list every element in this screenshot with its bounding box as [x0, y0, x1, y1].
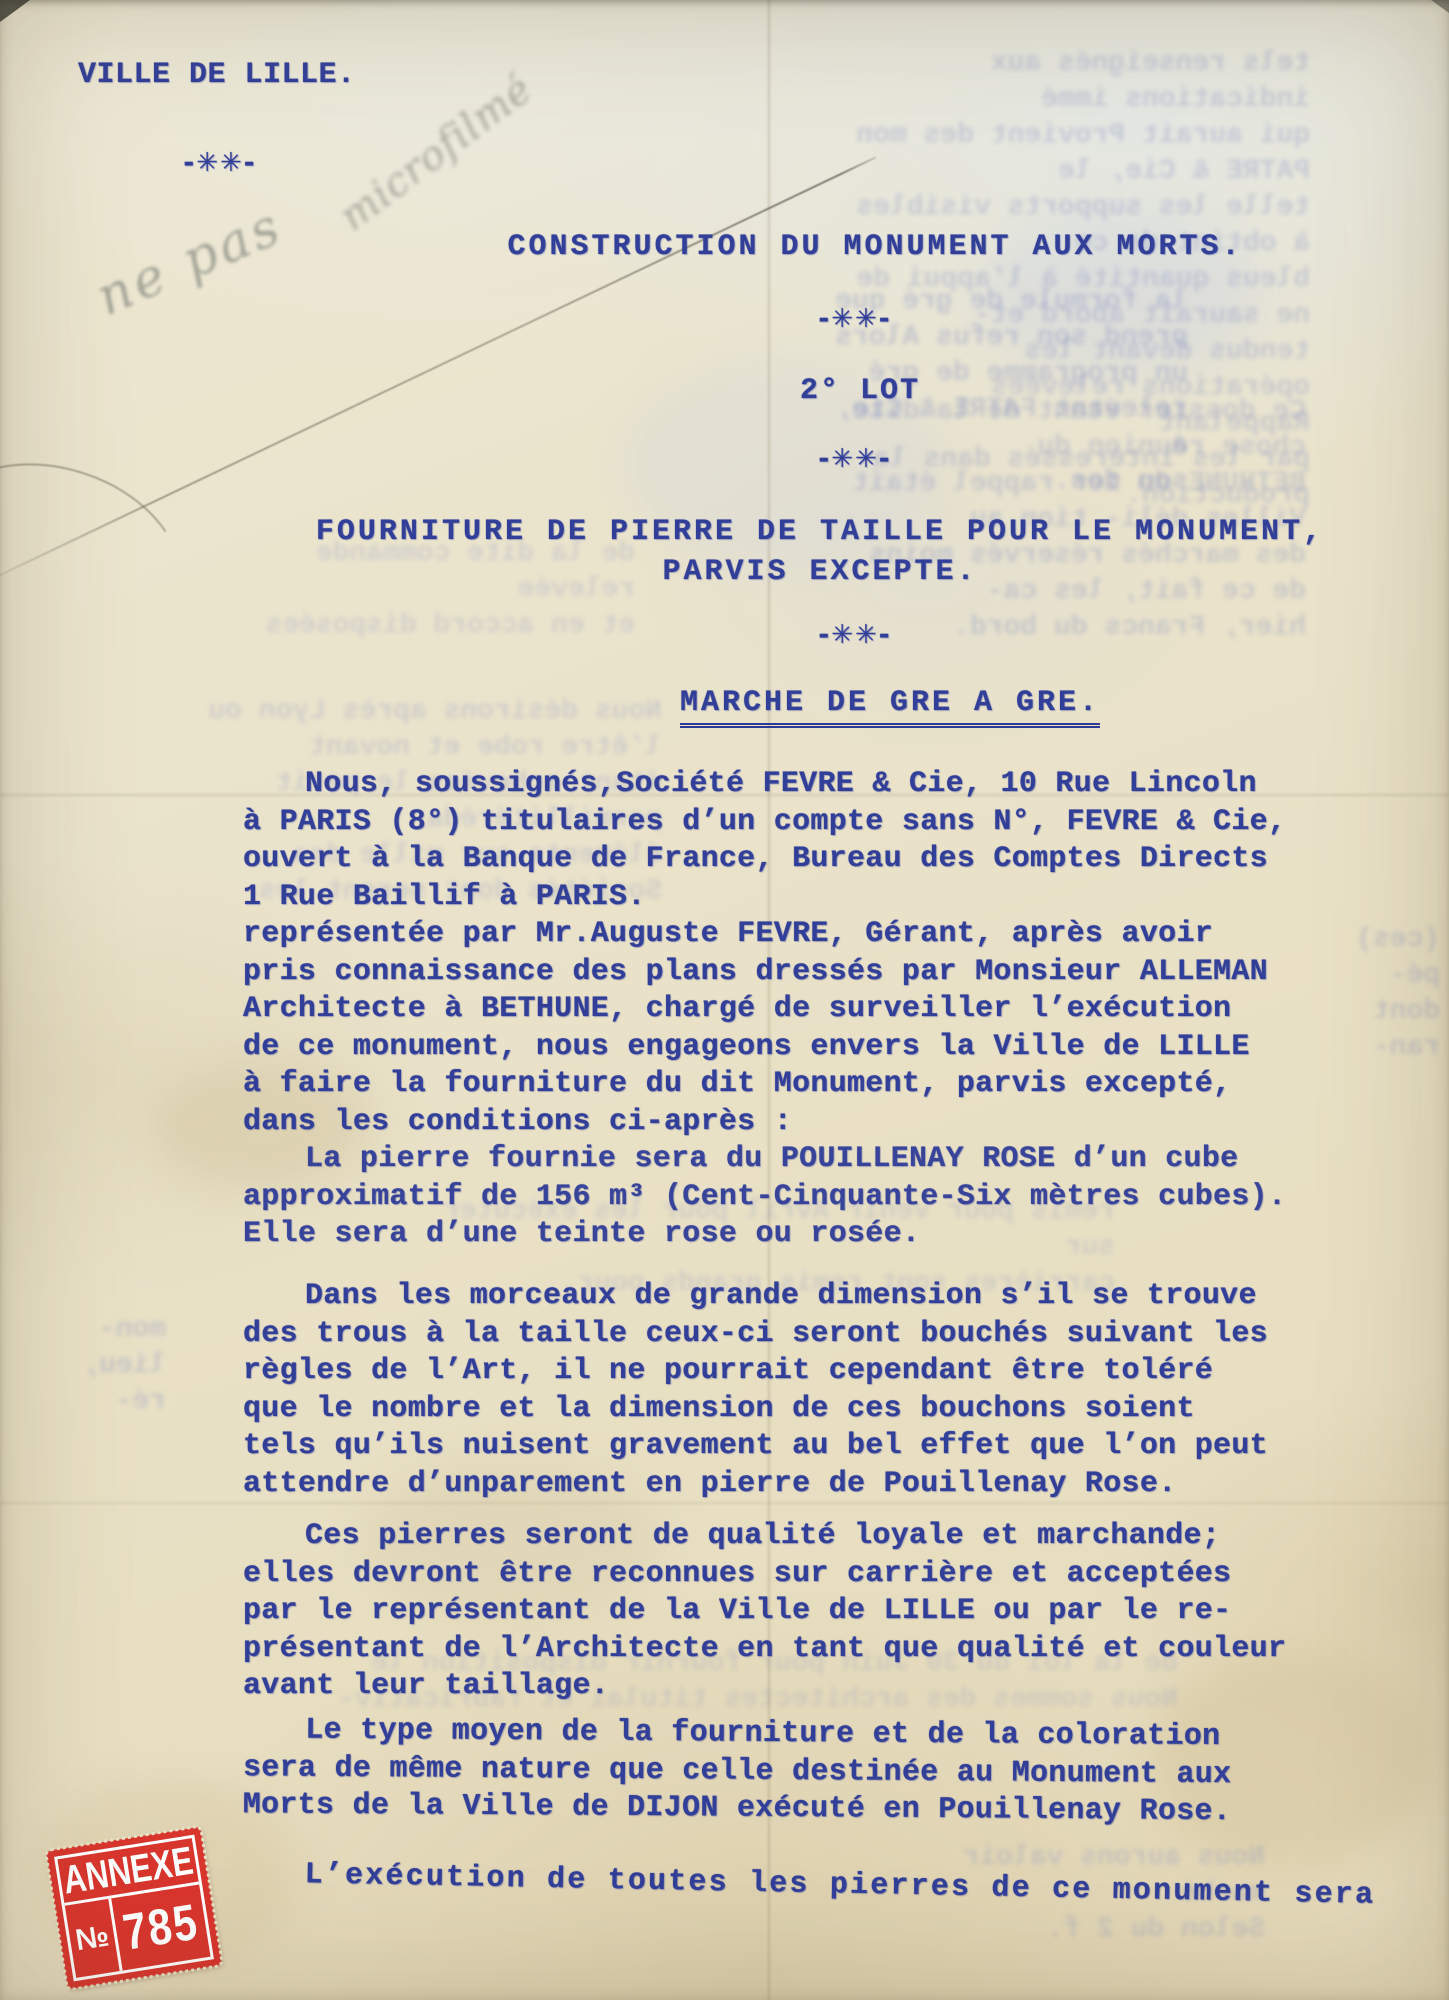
annexe-stamp-frame: ANNEXE № 785 — [54, 1835, 214, 1982]
ornament-separator: -✳✳- — [235, 304, 1449, 334]
organization-name: VILLE DE LILLE. — [78, 58, 356, 92]
annexe-stamp-number: 785 — [115, 1893, 208, 1963]
annexe-stamp: ANNEXE № 785 — [46, 1827, 222, 1990]
page-corner-shadow — [1431, 0, 1449, 13]
bleed-through-text: mon- lieu, ré- — [6, 1312, 166, 1420]
paragraph-stone-description: La pierre fournie sera du POUILLENAY ROS… — [243, 1141, 1333, 1254]
paragraph-parties: Nous, soussignés,Société FEVRE & Cie, 10… — [243, 766, 1333, 1141]
ornament-separator: -✳✳- — [235, 444, 1449, 474]
ornament-separator: -✳✳- — [235, 620, 1449, 650]
pencil-arc-mark — [0, 433, 205, 677]
handwritten-annotation: microfilmé — [331, 66, 541, 240]
document-page: tels renseignés aux indications immé qui… — [0, 0, 1449, 2000]
numero-sign: № — [65, 1898, 123, 1977]
section-heading-underlined: MARCHE DE GRE A GRE. — [680, 686, 1100, 728]
paragraph-coloration: Le type moyen de la fourniture et de la … — [243, 1712, 1334, 1832]
document-subtitle: FOURNITURE DE PIERRE DE TAILLE POUR LE M… — [200, 512, 1440, 592]
ornament-separator: -✳✳- — [140, 148, 300, 178]
page-corner-shadow — [0, 0, 30, 22]
paragraph-quality: Ces pierres seront de qualité loyale et … — [243, 1518, 1333, 1706]
lot-number: 2° LOT — [240, 374, 1449, 408]
section-heading: MARCHE DE GRE A GRE. — [270, 686, 1449, 728]
document-title: CONSTRUCTION DU MONUMENT AUX MORTS. — [255, 230, 1449, 264]
paragraph-holes-plugs: Dans les morceaux de grande dimension s’… — [243, 1278, 1333, 1503]
